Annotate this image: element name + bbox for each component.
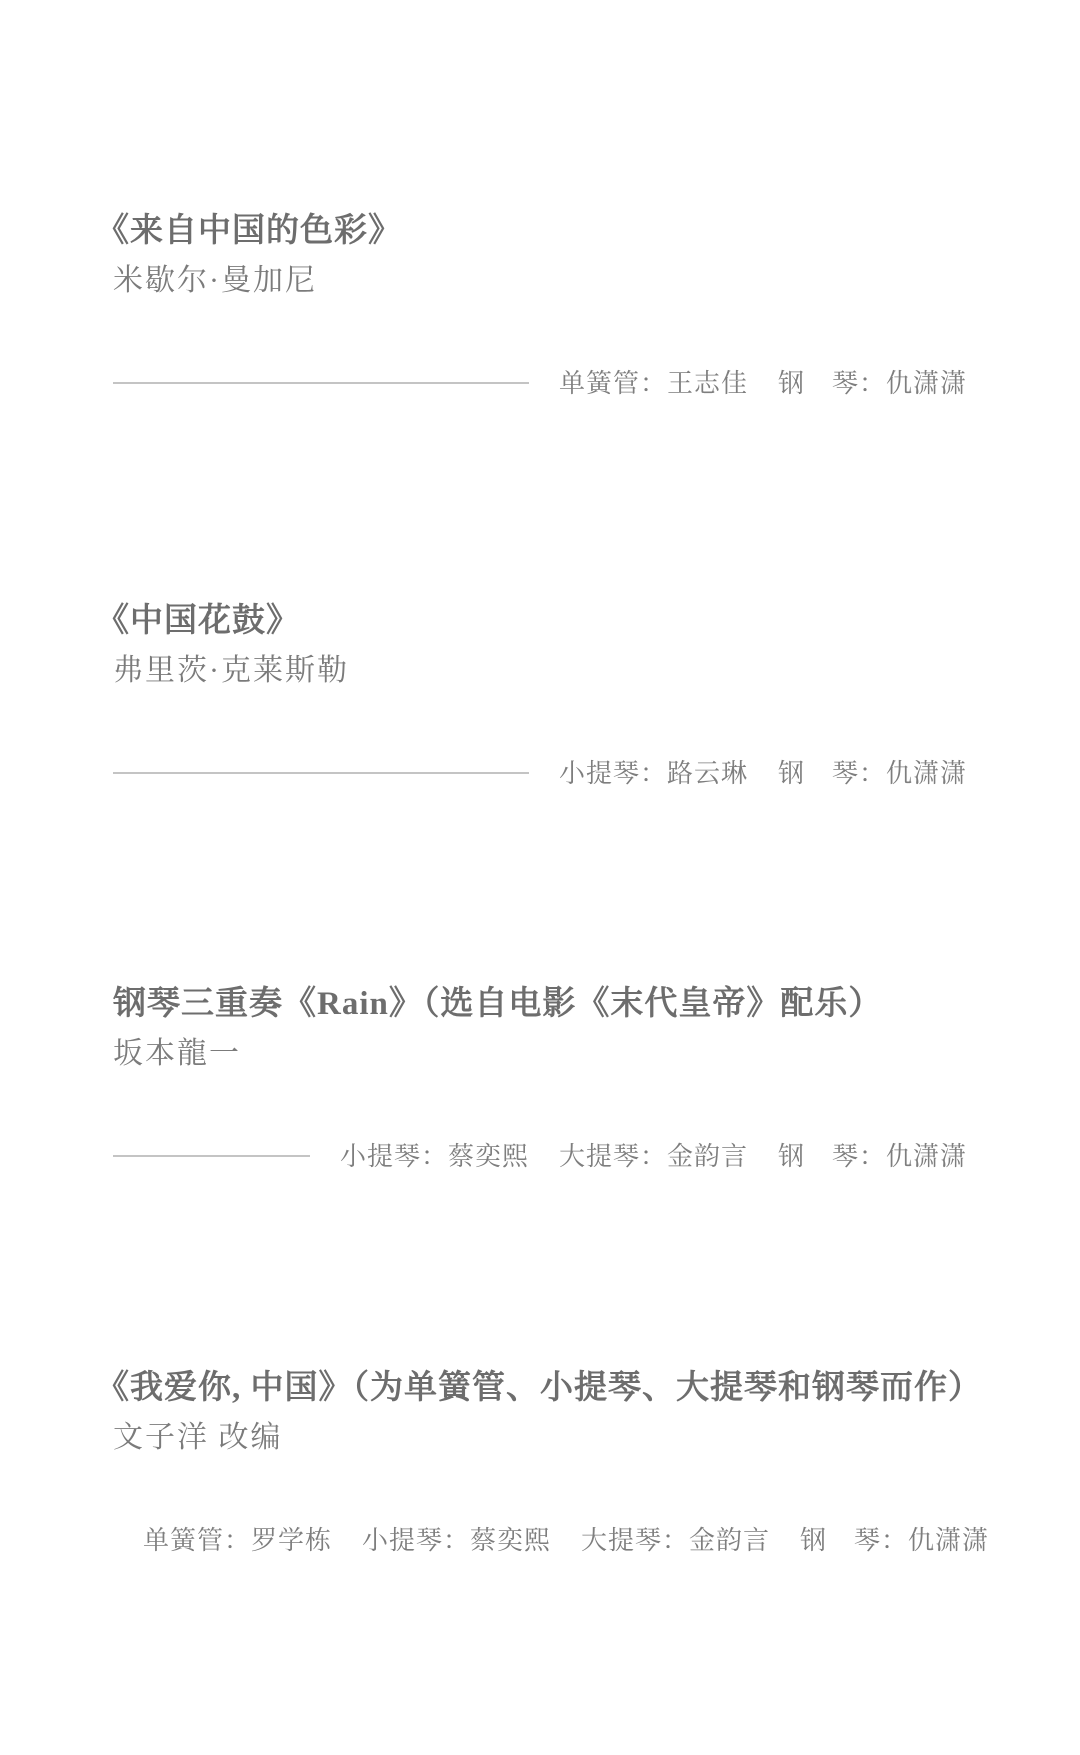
performer-credit: 大提琴：金韵言 (559, 1141, 748, 1171)
performer-credit: 大提琴：金韵言 (581, 1525, 770, 1555)
performer-credit: 钢 琴：仇潇潇 (778, 1141, 967, 1171)
performer-credit: 小提琴：蔡奕熙 (362, 1525, 551, 1555)
program-page: 《来自中国的色彩》 米歇尔·曼加尼 单簧管：王志佳 钢 琴：仇潇潇 《中国花鼓》… (0, 0, 1080, 1755)
performer-credit: 钢 琴：仇潇潇 (778, 368, 967, 398)
piece-composer: 文子洋 改编 (113, 1421, 967, 1455)
performer-row: 单簧管：罗学栋 小提琴：蔡奕熙 大提琴：金韵言 钢 琴：仇潇潇 (113, 1525, 967, 1555)
performer-row: 小提琴：蔡奕熙 大提琴：金韵言 钢 琴：仇潇潇 (113, 1141, 967, 1171)
program-piece-2: 《中国花鼓》 弗里茨·克莱斯勒 小提琴：路云琳 钢 琴：仇潇潇 (0, 602, 1080, 788)
performer-credit: 单簧管：罗学栋 (143, 1525, 332, 1555)
program-piece-1: 《来自中国的色彩》 米歇尔·曼加尼 单簧管：王志佳 钢 琴：仇潇潇 (0, 212, 1080, 398)
performer-row: 单簧管：王志佳 钢 琴：仇潇潇 (113, 368, 967, 398)
performer-credit: 钢 琴：仇潇潇 (800, 1525, 989, 1555)
piece-title: 《我爱你, 中国》（为单簧管、小提琴、大提琴和钢琴而作） (113, 1369, 967, 1407)
performer-row: 小提琴：路云琳 钢 琴：仇潇潇 (113, 758, 967, 788)
performer-credit: 钢 琴：仇潇潇 (778, 758, 967, 788)
piece-composer: 米歇尔·曼加尼 (113, 264, 967, 298)
piece-composer: 弗里茨·克莱斯勒 (113, 654, 967, 688)
divider-line (113, 772, 529, 774)
divider-line (113, 1155, 310, 1157)
piece-title: 钢琴三重奏《Rain》（选自电影《末代皇帝》配乐） (113, 985, 967, 1023)
piece-composer: 坂本龍一 (113, 1037, 967, 1071)
divider-line (113, 382, 529, 384)
piece-title: 《来自中国的色彩》 (113, 212, 967, 250)
piece-title: 《中国花鼓》 (113, 602, 967, 640)
program-piece-3: 钢琴三重奏《Rain》（选自电影《末代皇帝》配乐） 坂本龍一 小提琴：蔡奕熙 大… (0, 985, 1080, 1171)
performer-credit: 小提琴：路云琳 (559, 758, 748, 788)
program-piece-4: 《我爱你, 中国》（为单簧管、小提琴、大提琴和钢琴而作） 文子洋 改编 单簧管：… (0, 1369, 1080, 1555)
performer-credit: 单簧管：王志佳 (559, 368, 748, 398)
performer-credit: 小提琴：蔡奕熙 (340, 1141, 529, 1171)
